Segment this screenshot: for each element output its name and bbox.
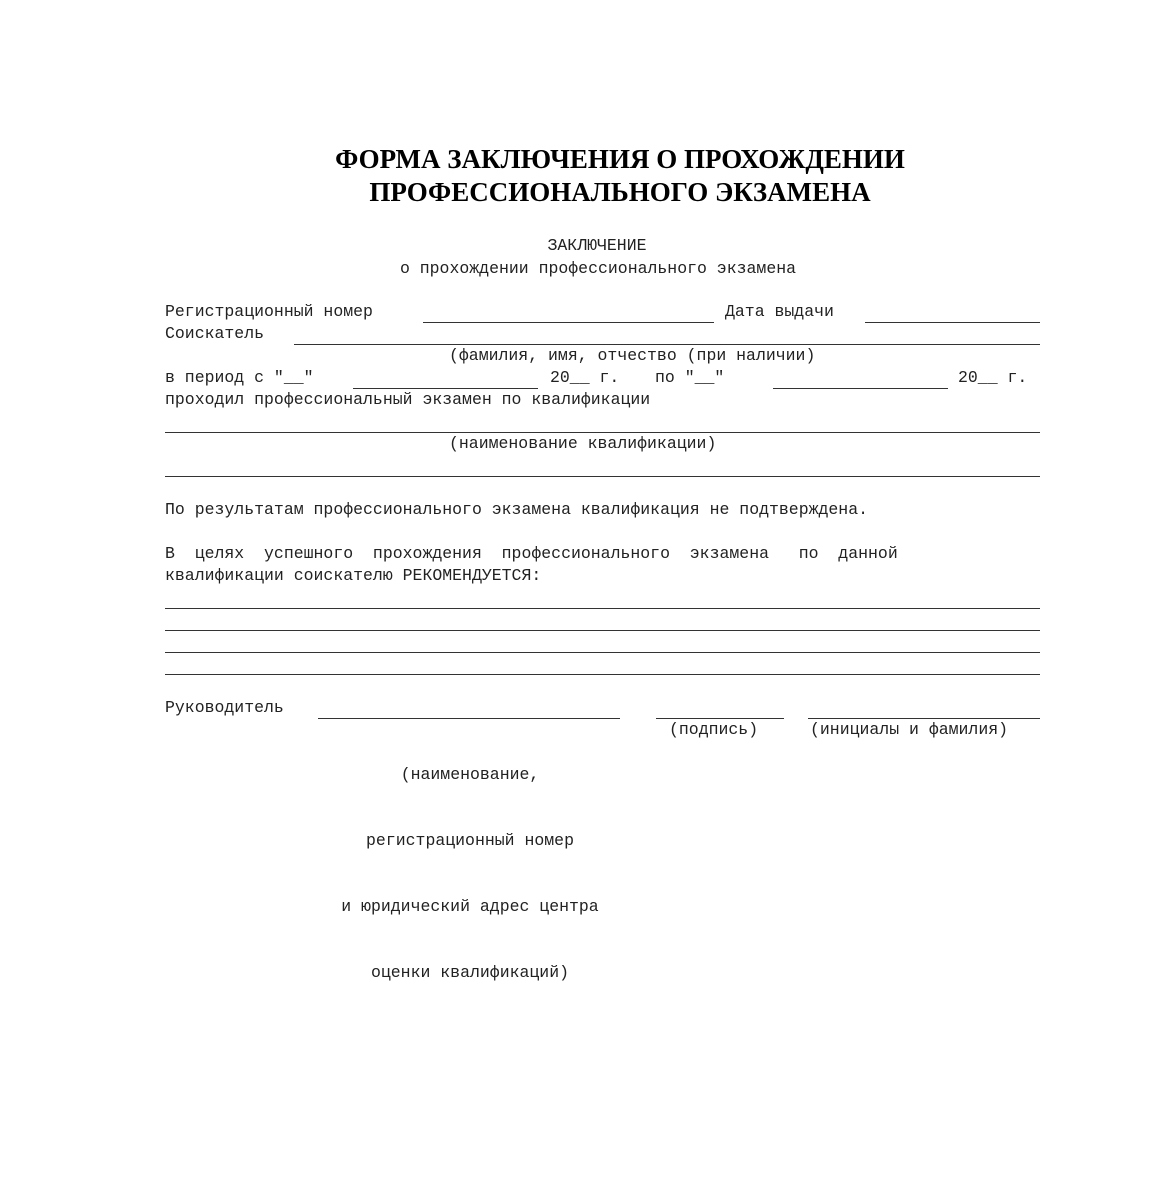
document-title: ФОРМА ЗАКЛЮЧЕНИЯ О ПРОХОЖДЕНИИ ПРОФЕССИО…	[0, 143, 1157, 209]
recommendation-line[interactable]	[165, 608, 1040, 609]
period-to-month-field[interactable]	[773, 388, 948, 389]
reg-number-field[interactable]	[423, 322, 714, 323]
title-line-1: ФОРМА ЗАКЛЮЧЕНИЯ О ПРОХОЖДЕНИИ	[0, 143, 1157, 176]
org-hint-line-1: (наименование,	[300, 764, 640, 786]
applicant-label: Соискатель	[165, 324, 264, 343]
applicant-field[interactable]	[294, 344, 1040, 345]
recommend-line-1: В целях успешного прохождения профессион…	[165, 544, 898, 563]
organization-field[interactable]	[318, 718, 620, 719]
org-hint-line-4: оценки квалификаций)	[300, 962, 640, 984]
period-to-label: по "__"	[655, 368, 724, 387]
period-from-label: в период с "__"	[165, 368, 314, 387]
head-label: Руководитель	[165, 698, 284, 717]
heading: ЗАКЛЮЧЕНИЕ	[0, 236, 1157, 255]
qualification-hint: (наименование квалификации)	[449, 434, 716, 453]
exam-text: проходил профессиональный экзамен по ква…	[165, 390, 650, 409]
applicant-hint: (фамилия, имя, отчество (при наличии)	[449, 346, 815, 365]
qualification-field[interactable]	[165, 432, 1040, 433]
org-hint-line-2: регистрационный номер	[300, 830, 640, 852]
name-hint: (инициалы и фамилия)	[810, 720, 1008, 739]
period-from-year: 20__ г.	[550, 368, 619, 387]
name-field[interactable]	[808, 718, 1040, 719]
recommend-line-2: квалификации соискателю РЕКОМЕНДУЕТСЯ:	[165, 566, 541, 585]
recommendation-line[interactable]	[165, 674, 1040, 675]
recommendation-line[interactable]	[165, 652, 1040, 653]
reg-number-label: Регистрационный номер	[165, 302, 373, 321]
subheading: о прохождении профессионального экзамена	[0, 259, 1157, 278]
qualification-field-2[interactable]	[165, 476, 1040, 477]
recommendation-line[interactable]	[165, 630, 1040, 631]
organization-hint: (наименование, регистрационный номер и ю…	[300, 720, 640, 1006]
period-to-year: 20__ г.	[958, 368, 1027, 387]
org-hint-line-3: и юридический адрес центра	[300, 896, 640, 918]
title-line-2: ПРОФЕССИОНАЛЬНОГО ЭКЗАМЕНА	[0, 176, 1157, 209]
result-text: По результатам профессионального экзамен…	[165, 500, 868, 519]
issue-date-label: Дата выдачи	[725, 302, 834, 321]
issue-date-field[interactable]	[865, 322, 1040, 323]
signature-hint: (подпись)	[669, 720, 758, 739]
period-from-month-field[interactable]	[353, 388, 538, 389]
signature-field[interactable]	[656, 718, 784, 719]
